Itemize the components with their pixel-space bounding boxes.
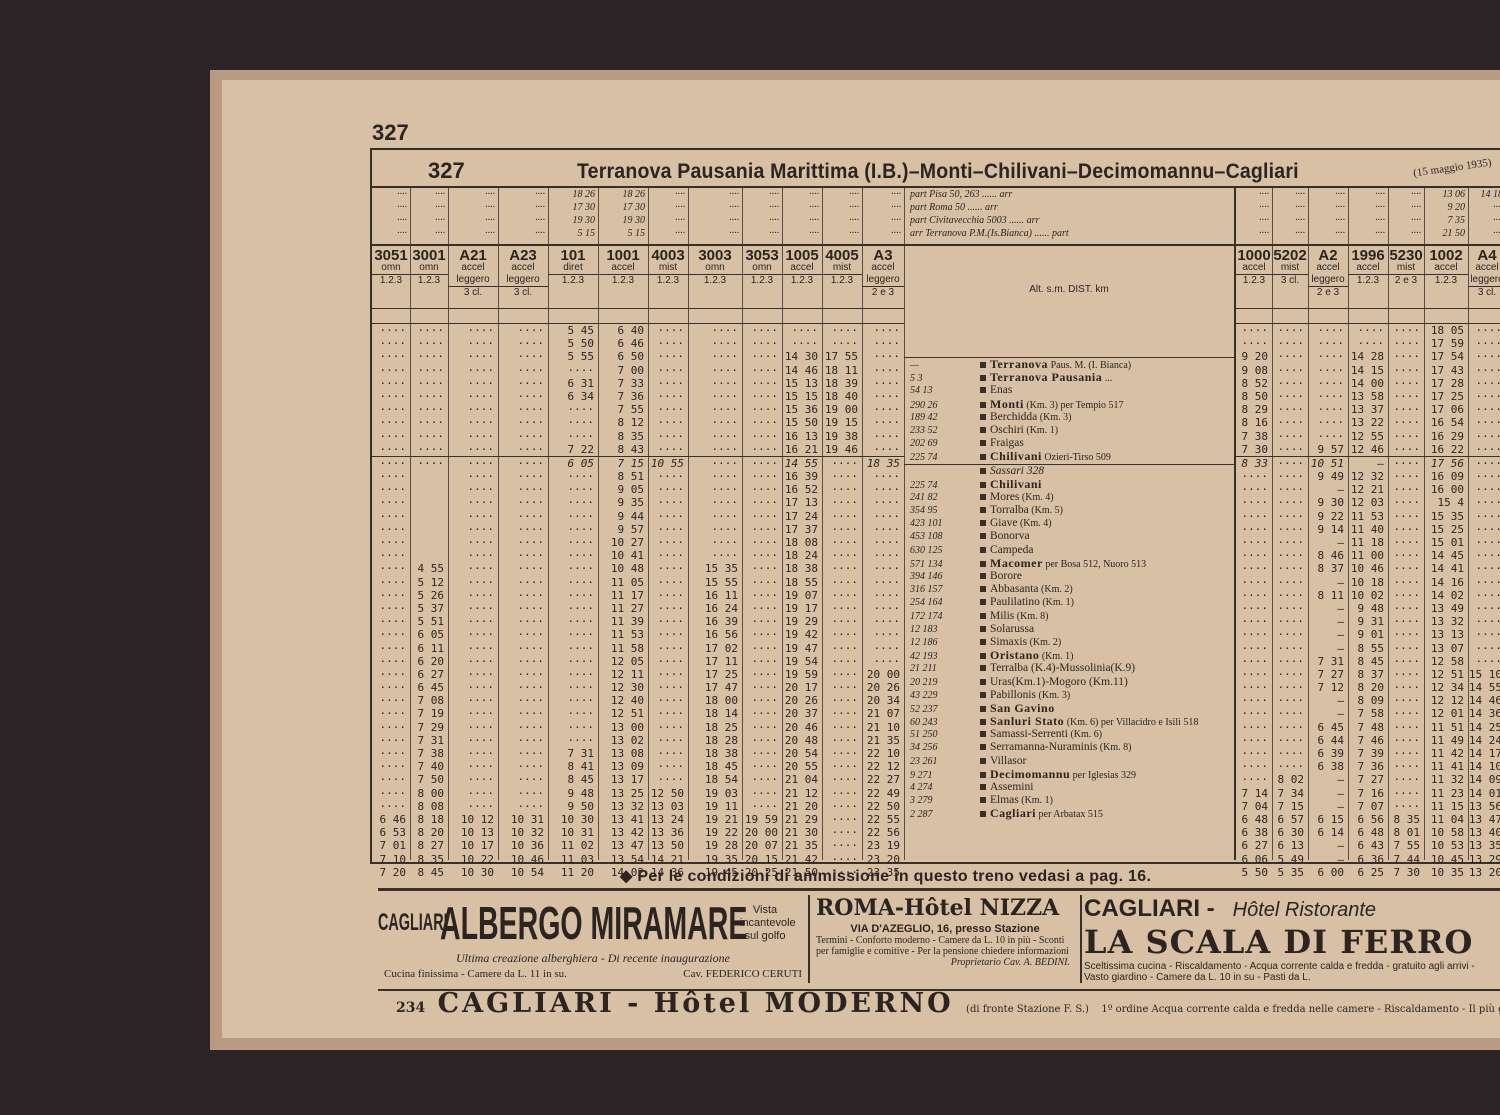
- time-cell: ····: [498, 747, 548, 760]
- time-cell: ····: [648, 337, 688, 350]
- station-marker-icon: [980, 494, 986, 500]
- connection-time-cell: ····: [410, 456, 448, 470]
- station-row: 20 219Uras(Km.1)-Mogoro (Km.11): [904, 676, 1234, 689]
- station-altitude-km: 4 274: [910, 781, 980, 794]
- time-cell: 18 00: [688, 694, 742, 707]
- train-number: 5202: [1272, 250, 1308, 262]
- time-cell: 6 30: [1272, 826, 1308, 839]
- time-cell: ····: [498, 403, 548, 416]
- time-cell: 8 18: [410, 813, 448, 826]
- station-altitude-km: 21 211: [910, 662, 980, 675]
- ad-miramare-tagline: Vista incantevole sul golfo: [740, 904, 790, 943]
- time-cell: ····: [448, 694, 498, 707]
- station-row: 172 174Milis (Km. 8): [904, 610, 1234, 623]
- time-cell: ····: [448, 430, 498, 443]
- time-cell: 18 25: [688, 721, 742, 734]
- time-cell: ····: [688, 430, 742, 443]
- time-cell: 19 11: [688, 800, 742, 813]
- time-cell: 13 09: [598, 760, 648, 773]
- time-cell: ····: [1308, 324, 1348, 337]
- station-altitude-km: 42 193: [910, 650, 980, 662]
- time-cell: 10 36: [498, 839, 548, 852]
- time-cell: 20 17: [782, 681, 822, 694]
- time-cell: 9 01: [1348, 628, 1388, 641]
- train-class: 1.2.3: [782, 274, 822, 287]
- time-cell: ····: [548, 523, 598, 536]
- station-row: 43 229Pabillonis (Km. 3): [904, 689, 1234, 702]
- train-column-4003: ················4003mist1.2.3···········…: [648, 188, 689, 860]
- time-cell: 13 22: [1348, 416, 1388, 429]
- time-cell: 11 20: [548, 866, 598, 879]
- time-cell: 11 23: [1424, 787, 1468, 800]
- connection-stations: part Pisa 50, 263 ...... arrpart Roma 50…: [904, 188, 1234, 246]
- time-cell: 10 13: [448, 826, 498, 839]
- time-cell: ····: [448, 496, 498, 509]
- station-row: 3 279Elmas (Km. 1): [904, 794, 1234, 807]
- time-cell: ····: [448, 549, 498, 562]
- connection-time: ····: [410, 214, 445, 227]
- time-cell: 12 21: [1348, 483, 1388, 496]
- time-cell: ····: [822, 760, 862, 773]
- time-cell: ····: [1388, 470, 1424, 483]
- time-cell: ····: [1236, 523, 1272, 536]
- time-cell: 13 42: [598, 826, 648, 839]
- time-cell: ····: [448, 510, 498, 523]
- time-cell: ····: [1468, 615, 1500, 628]
- station-marker-icon: [980, 586, 986, 592]
- station-altitude-km: 52 237: [910, 703, 980, 715]
- time-cell: 10 46: [1348, 562, 1388, 575]
- station-name: Cagliari: [990, 807, 1036, 820]
- time-cell: ····: [498, 734, 548, 747]
- time-cell: ····: [548, 430, 598, 443]
- time-cell: ····: [648, 403, 688, 416]
- connection-time-cell: 14 55: [782, 456, 822, 470]
- timetable-title-row: 327 Terranova Pausania Marittima (I.B.)–…: [372, 150, 1500, 188]
- station-marker-icon: [980, 706, 986, 712]
- station-marker-icon: [980, 468, 986, 474]
- connection-time: ····: [1388, 227, 1421, 240]
- time-cell: 11 02: [548, 839, 598, 852]
- connection-time-cell: ····: [498, 456, 548, 470]
- ad-scala-di-ferro: CAGLIARI - Hôtel Ristorante LA SCALA DI …: [1084, 895, 1494, 983]
- time-cell: ····: [822, 536, 862, 549]
- station-altitude-km: 225 74: [910, 451, 980, 463]
- time-cell: 14 46: [782, 364, 822, 377]
- time-cell: ····: [1388, 734, 1424, 747]
- time-cell: 8 11: [1308, 589, 1348, 602]
- connection-time: 13 06: [1424, 188, 1465, 201]
- time-cell: ····: [1468, 536, 1500, 549]
- train-class: 1.2.3: [548, 274, 598, 287]
- time-cell: ····: [448, 377, 498, 390]
- train-type: omn: [688, 262, 742, 274]
- station-row: 630 125Campeda: [904, 544, 1234, 557]
- time-cell: 19 17: [782, 602, 822, 615]
- station-marker-icon: [980, 414, 986, 420]
- time-cell: 19 47: [782, 642, 822, 655]
- time-cell: ····: [372, 694, 410, 707]
- time-cell: ····: [1308, 416, 1348, 429]
- time-cell: 14 25: [1468, 721, 1500, 734]
- time-cell: ····: [648, 483, 688, 496]
- time-cell: 9 08: [1236, 364, 1272, 377]
- time-cell: ····: [862, 615, 904, 628]
- time-cell: 13 40: [1468, 826, 1500, 839]
- admission-note: ◆ Per le condizioni di ammissione in que…: [620, 866, 1151, 886]
- time-cell: ····: [548, 536, 598, 549]
- time-cell: ····: [688, 496, 742, 509]
- time-cell: ····: [372, 364, 410, 377]
- train-column-3003: ················3003omn1.2.3············…: [688, 188, 743, 860]
- time-cell: 12 03: [1348, 496, 1388, 509]
- time-cell: ····: [648, 668, 688, 681]
- time-cell: 16 54: [1424, 416, 1468, 429]
- time-cell: 13 24: [648, 813, 688, 826]
- connection-time: ····: [742, 214, 779, 227]
- time-cell: 12 51: [1424, 668, 1468, 681]
- time-cell: 6 27: [410, 668, 448, 681]
- connection-times: ················: [1388, 188, 1424, 246]
- time-cell: 17 13: [782, 496, 822, 509]
- connection-station: part Roma 50 ...... arr: [910, 201, 1231, 214]
- time-cell: 7 29: [410, 721, 448, 734]
- time-cell: ····: [742, 681, 782, 694]
- time-cell: 14 24: [1468, 734, 1500, 747]
- time-cell: ····: [548, 510, 598, 523]
- ad-miramare-owner: Cav. FEDERICO CERUTI: [683, 968, 802, 980]
- station-name: Chilivani: [990, 478, 1042, 491]
- time-cell: ····: [1236, 628, 1272, 641]
- time-cell: ····: [822, 470, 862, 483]
- time-cell: ····: [822, 642, 862, 655]
- train-class: 1.2.3: [822, 274, 862, 287]
- time-cell: ····: [372, 324, 410, 337]
- time-cell: ····: [862, 430, 904, 443]
- connection-time: ····: [782, 214, 819, 227]
- station-row: 23 261Villasor: [904, 755, 1234, 768]
- time-cell: 15 35: [688, 562, 742, 575]
- connection-time-cell: ····: [822, 456, 862, 470]
- station-marker-icon: [980, 402, 986, 408]
- time-cell: 6 48: [1348, 826, 1388, 839]
- time-cell: ····: [1308, 364, 1348, 377]
- time-cell: ····: [862, 536, 904, 549]
- station-name: Berchidda: [990, 411, 1037, 423]
- time-cell: ····: [1388, 536, 1424, 549]
- station-name: Fraigas: [990, 437, 1024, 449]
- time-cell: ····: [742, 589, 782, 602]
- time-cell: 7 27: [1308, 668, 1348, 681]
- time-cell: ····: [648, 470, 688, 483]
- time-cell: ····: [688, 483, 742, 496]
- time-cell: —: [1308, 483, 1348, 496]
- time-cell: ····: [498, 655, 548, 668]
- time-cell: 10 30: [448, 866, 498, 879]
- time-cell: ····: [1388, 642, 1424, 655]
- time-cell: 17 25: [1424, 390, 1468, 403]
- station-name: Monti: [990, 398, 1024, 411]
- connection-times: 18 2617 3019 305 15: [548, 188, 598, 246]
- connection-time: 19 30: [548, 214, 595, 227]
- time-cell: 20 54: [782, 747, 822, 760]
- station-name: Abbasanta: [990, 583, 1039, 595]
- time-cell: 11 18: [1348, 536, 1388, 549]
- page-number: 327: [372, 120, 409, 146]
- time-cell: 14 16: [1424, 576, 1468, 589]
- time-cell: ····: [410, 443, 448, 456]
- train-class: 3 cl.: [448, 286, 498, 299]
- station-marker-icon: [980, 744, 986, 750]
- station-marker-icon: [980, 533, 986, 539]
- time-cell: 7 44: [1388, 853, 1424, 866]
- train-number: A3: [862, 250, 904, 262]
- time-cell: ····: [372, 416, 410, 429]
- time-cell: ····: [372, 734, 410, 747]
- station-marker-icon: [980, 665, 986, 671]
- time-cell: ····: [648, 324, 688, 337]
- ad-miramare-name: ALBERGO MIRAMARE: [440, 896, 626, 950]
- time-cell: ····: [548, 364, 598, 377]
- time-cell: 13 49: [1424, 602, 1468, 615]
- time-cell: 17 59: [1424, 337, 1468, 350]
- time-cell: ····: [1272, 510, 1308, 523]
- time-cell: 19 29: [782, 615, 822, 628]
- time-cell: ····: [742, 470, 782, 483]
- time-cell: 19 22: [688, 826, 742, 839]
- connection-time: 14 18: [1468, 188, 1500, 201]
- time-cell: ····: [410, 390, 448, 403]
- station-row: 423 101Giave (Km. 4): [904, 517, 1234, 530]
- time-cell: ····: [1272, 707, 1308, 720]
- connection-time: ····: [372, 214, 407, 227]
- connection-time-cell: 8 33: [1236, 456, 1272, 470]
- time-cell: 6 39: [1308, 747, 1348, 760]
- time-cell: ····: [648, 510, 688, 523]
- time-cell: ····: [822, 721, 862, 734]
- station-marker-icon: [980, 613, 986, 619]
- time-cell: 20 26: [782, 694, 822, 707]
- time-cell: ····: [742, 496, 782, 509]
- time-cell: ····: [1272, 589, 1308, 602]
- time-cell: 11 00: [1348, 549, 1388, 562]
- time-cell: ····: [1272, 337, 1308, 350]
- time-cell: ····: [372, 707, 410, 720]
- time-cell: 19 38: [822, 430, 862, 443]
- time-cell: ····: [688, 549, 742, 562]
- time-cell: ····: [1388, 390, 1424, 403]
- time-cell: 20 00: [862, 668, 904, 681]
- train-class: 1.2.3: [372, 274, 410, 287]
- time-cell: ····: [1468, 377, 1500, 390]
- time-cell: 7 12: [1308, 681, 1348, 694]
- station-suffix: (Km. 4): [1017, 518, 1051, 529]
- time-cell: ····: [648, 615, 688, 628]
- train-number: 3053: [742, 250, 782, 262]
- time-cell: 20 15: [742, 853, 782, 866]
- time-cell: 10 27: [598, 536, 648, 549]
- connection-time-cell: —: [1348, 456, 1388, 470]
- time-cell: 10 46: [498, 853, 548, 866]
- connection-time: ····: [1272, 214, 1305, 227]
- time-cell: ····: [648, 681, 688, 694]
- time-cell: 9 57: [598, 523, 648, 536]
- time-cell: ····: [498, 787, 548, 800]
- station-suffix: Paus. M. (I. Bianca): [1048, 360, 1131, 371]
- ad-miramare-line1: Ultima creazione alberghiera - Di recent…: [378, 951, 808, 966]
- time-cell: ····: [1468, 642, 1500, 655]
- connection-time: ····: [742, 201, 779, 214]
- service-icon: [1424, 309, 1468, 324]
- connection-time: ····: [448, 188, 495, 201]
- time-cell: 18 08: [782, 536, 822, 549]
- time-cell: 12 30: [598, 681, 648, 694]
- time-cell: 8 43: [598, 443, 648, 456]
- time-cell: 12 55: [1348, 430, 1388, 443]
- station-altitude-km: —: [910, 359, 980, 371]
- time-cell: ····: [742, 628, 782, 641]
- time-cell: 7 04: [1236, 800, 1272, 813]
- station-altitude-km: 290 26: [910, 399, 980, 411]
- time-cell: 17 25: [688, 668, 742, 681]
- time-cell: ····: [1236, 562, 1272, 575]
- connection-time: ····: [498, 201, 545, 214]
- time-cell: 19 42: [782, 628, 822, 641]
- time-cell: 10 32: [498, 826, 548, 839]
- time-cell: ····: [448, 364, 498, 377]
- time-cell: 12 58: [1424, 655, 1468, 668]
- time-cell: 10 02: [1348, 589, 1388, 602]
- connection-time: ····: [1348, 188, 1385, 201]
- station-altitude-km: 354 95: [910, 504, 980, 517]
- time-cell: 8 37: [1348, 668, 1388, 681]
- time-cell: ····: [498, 324, 548, 337]
- train-header: A3accel leggero2 e 3: [862, 250, 904, 309]
- time-cell: ····: [648, 390, 688, 403]
- time-cell: ····: [688, 416, 742, 429]
- train-number: 1002: [1424, 250, 1468, 262]
- train-number: 1005: [782, 250, 822, 262]
- time-cell: ····: [822, 813, 862, 826]
- time-cell: 13 58: [1348, 390, 1388, 403]
- time-cell: ····: [742, 642, 782, 655]
- time-cell: ····: [1388, 681, 1424, 694]
- time-cell: 18 14: [688, 707, 742, 720]
- time-cell: 7 36: [1348, 760, 1388, 773]
- time-cell: 10 45: [1424, 853, 1468, 866]
- time-cell: 9 50: [548, 800, 598, 813]
- time-cell: 16 52: [782, 483, 822, 496]
- time-cell: ····: [648, 549, 688, 562]
- time-cell: 7 20: [372, 866, 410, 879]
- station-marker-icon: [980, 520, 986, 526]
- time-cell: ····: [1236, 707, 1272, 720]
- time-cell: ····: [372, 668, 410, 681]
- station-row: 453 108Bonorva: [904, 530, 1234, 543]
- time-cell: ····: [448, 403, 498, 416]
- train-header: 3003omn1.2.3: [688, 250, 742, 309]
- time-cell: ····: [448, 800, 498, 813]
- time-cell: ····: [372, 576, 410, 589]
- connection-time: ····: [1388, 188, 1421, 201]
- time-cell: 17 55: [822, 350, 862, 363]
- time-cell: 13 07: [1424, 642, 1468, 655]
- time-cell: ····: [1388, 576, 1424, 589]
- ad-nizza-name: ROMA-Hôtel NIZZA: [810, 895, 1080, 921]
- train-class: 1.2.3: [1424, 274, 1468, 287]
- time-cell: ····: [1388, 430, 1424, 443]
- time-cell: 15 55: [688, 576, 742, 589]
- time-cell: ····: [498, 562, 548, 575]
- service-icon: [742, 309, 782, 324]
- time-cell: ····: [862, 589, 904, 602]
- service-icon: [782, 309, 822, 324]
- time-cell: 19 59: [742, 813, 782, 826]
- time-cell: 13 56: [1468, 800, 1500, 813]
- time-cell: ····: [742, 655, 782, 668]
- time-cell: 7 31: [1308, 655, 1348, 668]
- time-cell: 5 51: [410, 615, 448, 628]
- time-cell: [410, 536, 448, 549]
- time-cell: ····: [372, 510, 410, 523]
- time-cell: 11 42: [1424, 747, 1468, 760]
- time-cell: 11 39: [598, 615, 648, 628]
- time-cell: ····: [548, 589, 598, 602]
- time-cell: ····: [1272, 694, 1308, 707]
- time-cell: ····: [742, 721, 782, 734]
- connection-time: ····: [1468, 214, 1500, 227]
- time-cell: ····: [1388, 694, 1424, 707]
- station-suffix: Ozieri-Tirso 509: [1042, 452, 1111, 463]
- time-cell: 22 56: [862, 826, 904, 839]
- ad-hotel-moderno: 234 CAGLIARI - Hôtel MODERNO (di fronte …: [396, 988, 1500, 1019]
- time-cell: 8 02: [1272, 773, 1308, 786]
- time-cell: ····: [1236, 615, 1272, 628]
- time-cell: ····: [742, 337, 782, 350]
- time-cell: 21 35: [782, 839, 822, 852]
- time-cell: 21 30: [782, 826, 822, 839]
- time-cell: ····: [448, 443, 498, 456]
- station-suffix: (Km. 2): [1027, 637, 1061, 648]
- time-cell: ····: [498, 549, 548, 562]
- connection-time: ····: [1388, 201, 1421, 214]
- connection-time: ····: [1388, 214, 1421, 227]
- train-class: 1.2.3: [598, 274, 648, 287]
- time-cell: 8 09: [1348, 694, 1388, 707]
- train-number: 3003: [688, 250, 742, 262]
- connection-times: 14 18············: [1468, 188, 1500, 246]
- time-cell: 8 46: [1308, 549, 1348, 562]
- station-altitude-km: 51 250: [910, 728, 980, 741]
- time-cell: 17 54: [1424, 350, 1468, 363]
- time-cell: ····: [742, 390, 782, 403]
- train-number: 5230: [1388, 250, 1424, 262]
- time-cell: ····: [862, 377, 904, 390]
- time-cell: 11 58: [598, 642, 648, 655]
- time-cell: ····: [688, 350, 742, 363]
- connection-time: ····: [498, 227, 545, 240]
- station-marker-icon: [980, 561, 986, 567]
- time-cell: 16 29: [1424, 430, 1468, 443]
- time-cell: ····: [1468, 496, 1500, 509]
- train-column-3053: ················3053omn1.2.3············…: [742, 188, 783, 860]
- station-name: Milis: [990, 610, 1014, 622]
- time-cell: ····: [372, 655, 410, 668]
- connection-times: 18 2617 3019 305 15: [598, 188, 648, 246]
- time-cell: 5 55: [548, 350, 598, 363]
- station-name: Uras(Km.1)-Mogoro (Km.11): [990, 676, 1128, 688]
- service-icon: [1272, 309, 1308, 324]
